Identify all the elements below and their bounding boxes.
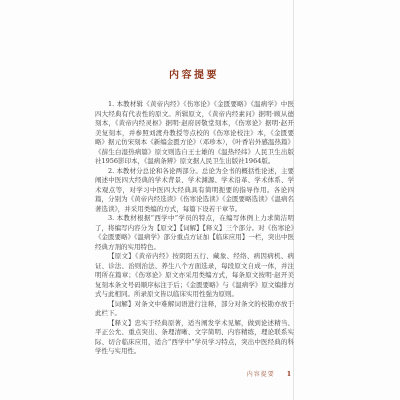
page-footer: 内容提要1 [95, 369, 291, 378]
paragraph-format: 3. 本教材根据“西学中”学员的特点，在编写体例上力求简洁明了，将编写内容分为【… [95, 214, 294, 252]
paragraph-sources: 1. 本教材辑《黄帝内经》《伤寒论》《金匮要略》《温病学》中医四大经典有代表性的… [95, 100, 294, 167]
page-title: 内容提要 [95, 66, 293, 81]
paragraph-cijie: 【词解】对条文中难解词语进行注释，部分对条文的校勘亦放于此栏下。 [95, 300, 294, 319]
paragraph-shiyi: 【释义】忠实于经典原著，适当阐发学术见解，做到论述精当、平正公允、重点突出、条理… [95, 319, 294, 357]
paragraph-yuanwen: 【原文】《黄帝内经》按阴阳五行、藏象、经络、病因病机、病证、诊法、治则治法、养生… [95, 252, 294, 300]
content-summary-body: 1. 本教材辑《黄帝内经》《伤寒论》《金匮要略》《温病学》中医四大经典有代表性的… [95, 100, 294, 357]
footer-page-number: 1 [287, 371, 291, 378]
paragraph-structure: 2. 本教材分总论和各论两部分。总论为全书的概括性论述，主要阐述中医四大经典的学… [95, 167, 294, 215]
book-page: 内容提要 1. 本教材辑《黄帝内经》《伤寒论》《金匮要略》《温病学》中医四大经典… [0, 0, 400, 400]
footer-running-title: 内容提要 [247, 371, 275, 378]
